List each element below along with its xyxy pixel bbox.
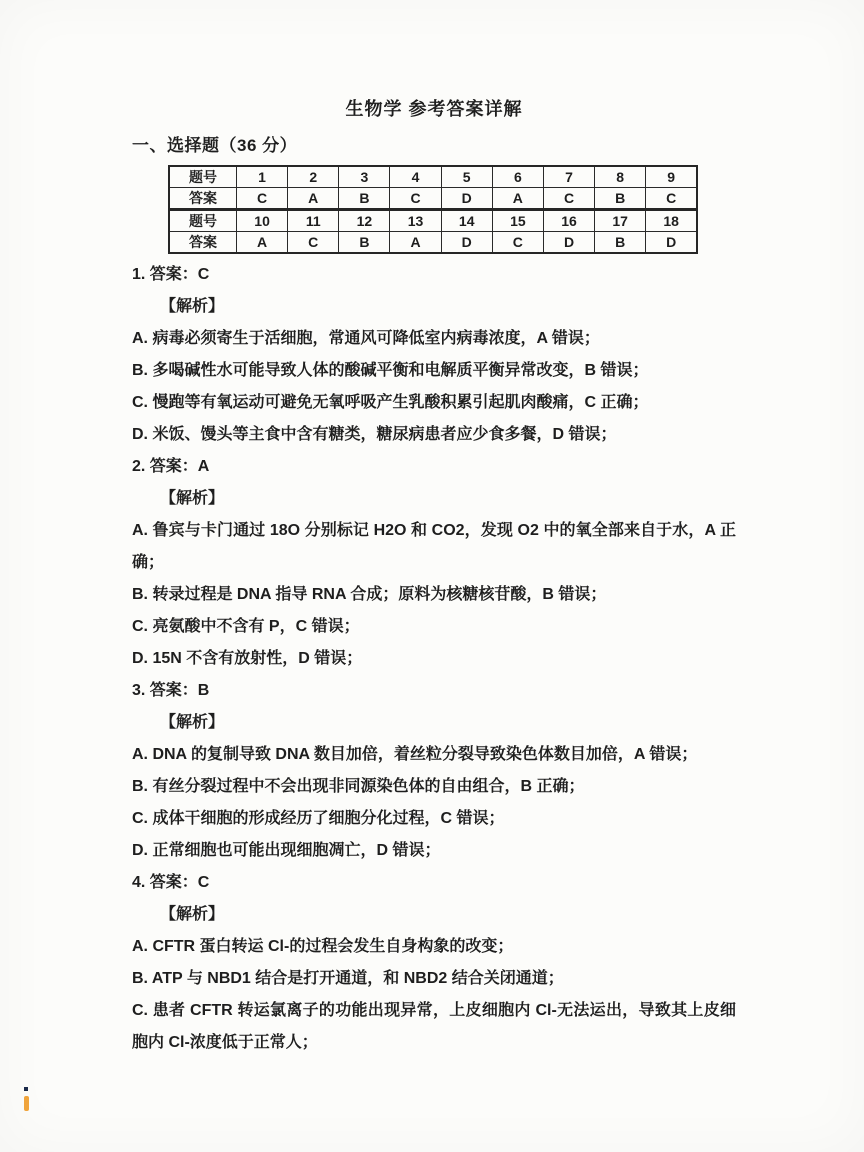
- answer-line-q4: 4. 答案：C: [132, 867, 736, 899]
- section-heading: 一、选择题（36 分）: [132, 134, 736, 158]
- answer-cell: C: [543, 188, 594, 210]
- i-mark-dot-icon: [24, 1087, 28, 1091]
- explanation-point: A. 病毒必须寄生于活细胞，常通风可降低室内病毒浓度，A 错误；: [132, 323, 736, 355]
- question-number-cell: 3: [339, 166, 390, 188]
- question-number-cell: 15: [492, 210, 543, 232]
- question-number-cell: 16: [543, 210, 594, 232]
- explanation-point: C. 患者 CFTR 转运氯离子的功能出现异常，上皮细胞内 Cl-无法运出，导致…: [132, 995, 736, 1059]
- explanation-point: B. 多喝碱性水可能导致人体的酸碱平衡和电解质平衡异常改变，B 错误；: [132, 355, 736, 387]
- document-page: 生物学 参考答案详解 一、选择题（36 分） 题号 1 2 3 4 5 6 7 …: [0, 0, 864, 1152]
- answer-cell: C: [288, 232, 339, 254]
- answer-cell: A: [492, 188, 543, 210]
- explanation-point: C. 亮氨酸中不含有 P，C 错误；: [132, 611, 736, 643]
- explanation-point: D. 米饭、馒头等主食中含有糖类，糖尿病患者应少食多餐，D 错误；: [132, 419, 736, 451]
- analysis-label-q4: 【解析】: [132, 899, 736, 931]
- question-number-cell: 11: [288, 210, 339, 232]
- explanation-point: A. CFTR 蛋白转运 Cl-的过程会发生自身构象的改变；: [132, 931, 736, 963]
- question-number-cell: 17: [595, 210, 646, 232]
- i-mark-bar-icon: [24, 1096, 29, 1111]
- question-number-cell: 4: [390, 166, 441, 188]
- answer-cell: C: [646, 188, 697, 210]
- table-row-answers-1: 答案 C A B C D A C B C: [169, 188, 697, 210]
- question-number-cell: 18: [646, 210, 697, 232]
- answer-cell: B: [339, 232, 390, 254]
- answer-table: 题号 1 2 3 4 5 6 7 8 9 答案 C A B C: [168, 165, 698, 254]
- explanations-section: 1. 答案：C 【解析】 A. 病毒必须寄生于活细胞，常通风可降低室内病毒浓度，…: [132, 259, 736, 1059]
- explanation-point: D. 15N 不含有放射性，D 错误；: [132, 643, 736, 675]
- question-number-cell: 13: [390, 210, 441, 232]
- document-content: 生物学 参考答案详解 一、选择题（36 分） 题号 1 2 3 4 5 6 7 …: [132, 96, 736, 1059]
- footer-i-mark: [23, 1087, 29, 1111]
- question-number-cell: 6: [492, 166, 543, 188]
- explanation-point: C. 成体干细胞的形成经历了细胞分化过程，C 错误；: [132, 803, 736, 835]
- explanation-point: B. 转录过程是 DNA 指导 RNA 合成；原料为核糖核苷酸，B 错误；: [132, 579, 736, 611]
- explanation-point: C. 慢跑等有氧运动可避免无氧呼吸产生乳酸积累引起肌肉酸痛，C 正确；: [132, 387, 736, 419]
- table-row-question-numbers-1: 题号 1 2 3 4 5 6 7 8 9: [169, 166, 697, 188]
- answer-cell: D: [441, 232, 492, 254]
- question-number-cell: 14: [441, 210, 492, 232]
- row-label-cell: 答案: [169, 188, 237, 210]
- explanation-point: A. DNA 的复制导致 DNA 数目加倍，着丝粒分裂导致染色体数目加倍，A 错…: [132, 739, 736, 771]
- question-number-cell: 8: [595, 166, 646, 188]
- answer-cell: D: [543, 232, 594, 254]
- question-number-cell: 10: [237, 210, 288, 232]
- table-row-answers-2: 答案 A C B A D C D B D: [169, 232, 697, 254]
- answer-line-q2: 2. 答案：A: [132, 451, 736, 483]
- analysis-label-q3: 【解析】: [132, 707, 736, 739]
- question-number-cell: 5: [441, 166, 492, 188]
- answer-cell: D: [441, 188, 492, 210]
- question-number-cell: 2: [288, 166, 339, 188]
- answer-cell: A: [390, 232, 441, 254]
- explanation-point: B. ATP 与 NBD1 结合是打开通道，和 NBD2 结合关闭通道；: [132, 963, 736, 995]
- row-label-cell: 答案: [169, 232, 237, 254]
- analysis-label-q2: 【解析】: [132, 483, 736, 515]
- answer-line-q3: 3. 答案：B: [132, 675, 736, 707]
- answer-cell: C: [237, 188, 288, 210]
- answer-cell: B: [595, 188, 646, 210]
- answer-cell: A: [288, 188, 339, 210]
- answer-cell: B: [339, 188, 390, 210]
- answer-cell: C: [492, 232, 543, 254]
- page-title: 生物学 参考答案详解: [132, 96, 736, 122]
- answer-line-q1: 1. 答案：C: [132, 259, 736, 291]
- explanation-point: A. 鲁宾与卡门通过 18O 分别标记 H2O 和 CO2，发现 O2 中的氧全…: [132, 515, 736, 579]
- question-number-cell: 1: [237, 166, 288, 188]
- answer-cell: B: [595, 232, 646, 254]
- analysis-label-q1: 【解析】: [132, 291, 736, 323]
- question-number-cell: 12: [339, 210, 390, 232]
- answer-cell: C: [390, 188, 441, 210]
- table-row-question-numbers-2: 题号 10 11 12 13 14 15 16 17 18: [169, 210, 697, 232]
- answer-cell: A: [237, 232, 288, 254]
- explanation-point: D. 正常细胞也可能出现细胞凋亡，D 错误；: [132, 835, 736, 867]
- question-number-cell: 9: [646, 166, 697, 188]
- answer-cell: D: [646, 232, 697, 254]
- question-number-cell: 7: [543, 166, 594, 188]
- row-label-cell: 题号: [169, 210, 237, 232]
- explanation-point: B. 有丝分裂过程中不会出现非同源染色体的自由组合，B 正确；: [132, 771, 736, 803]
- row-label-cell: 题号: [169, 166, 237, 188]
